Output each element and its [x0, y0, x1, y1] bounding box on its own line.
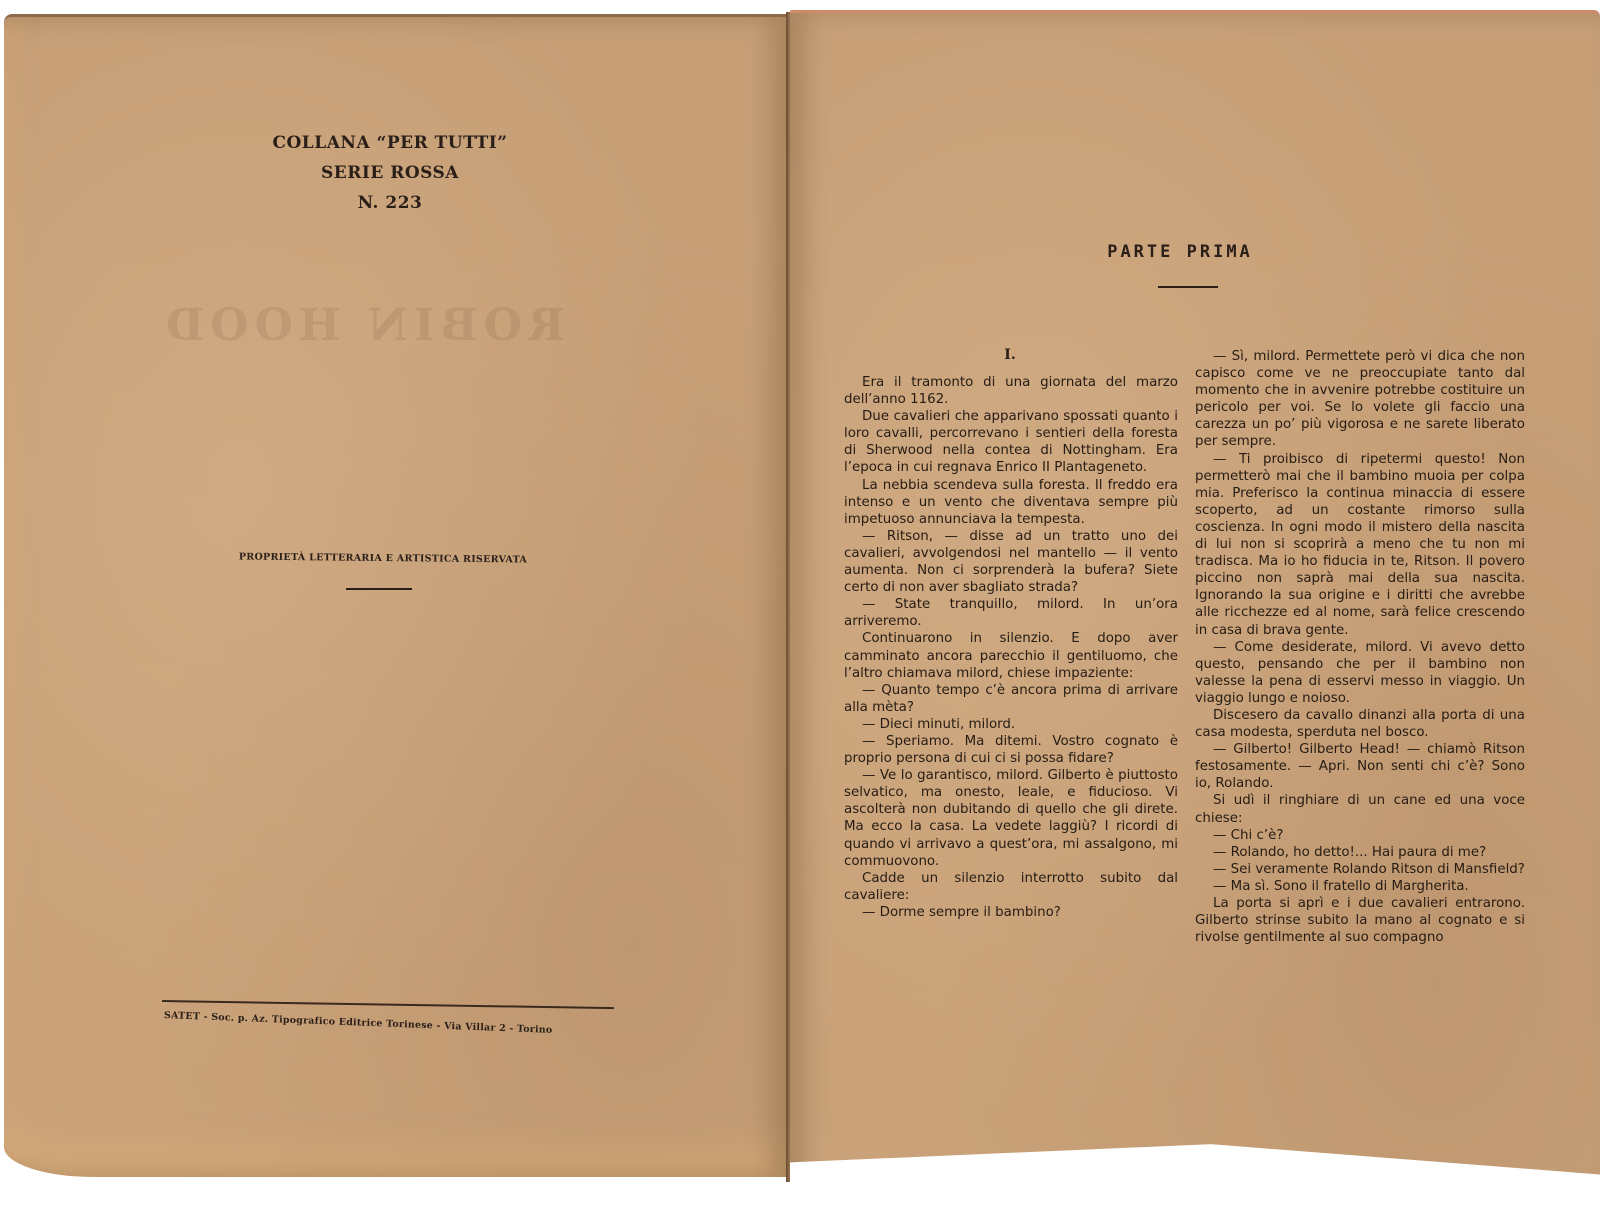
text-column-left: Era il tramonto di una giornata del marz…	[844, 374, 1178, 921]
series-name: SERIE ROSSA	[240, 158, 540, 188]
text-column-right: — Sì, milord. Permettete però vi dica ch…	[1195, 348, 1525, 946]
paragraph: — Sei veramente Rolando Ritson di Mansfi…	[1195, 861, 1525, 878]
paragraph: La nebbia scendeva sulla foresta. Il fre…	[844, 477, 1178, 528]
paragraph: — Sì, milord. Permettete però vi dica ch…	[1195, 348, 1525, 451]
series-collection: COLLANA “PER TUTTI”	[240, 128, 540, 158]
paragraph: — Ve lo garantisco, milord. Gilberto è p…	[844, 767, 1178, 870]
paragraph: — Come desiderate, milord. Vi avevo dett…	[1195, 639, 1525, 707]
chapter-number: I.	[990, 347, 1030, 363]
paragraph: Discesero da cavallo dinanzi alla porta …	[1195, 707, 1525, 741]
paragraph: — Gilberto! Gilberto Head! — chiamò Rits…	[1195, 741, 1525, 792]
paragraph: — Dieci minuti, milord.	[844, 716, 1178, 733]
paragraph: La porta si aprì e i due cavalieri entra…	[1195, 895, 1525, 946]
paragraph: Era il tramonto di una giornata del marz…	[844, 374, 1178, 408]
paragraph: — Chi c’è?	[1195, 827, 1525, 844]
series-number: N. 223	[240, 188, 540, 218]
paragraph: — Ma sì. Sono il fratello di Margherita.	[1195, 878, 1525, 895]
book-spine	[786, 12, 790, 1182]
paragraph: Cadde un silenzio interrotto subito dal …	[844, 870, 1178, 904]
paragraph: Continuarono in silenzio. E dopo aver ca…	[844, 630, 1178, 681]
rights-divider	[346, 588, 412, 590]
part-title: PARTE PRIMA	[1080, 242, 1280, 262]
bleed-through-title: ROBIN HOOD	[160, 300, 565, 351]
paragraph: — Dorme sempre il bambino?	[844, 904, 1178, 921]
paragraph: — Ti proibisco di ripetermi questo! Non …	[1195, 451, 1525, 639]
paragraph: — Quanto tempo c’è ancora prima di arriv…	[844, 682, 1178, 716]
paragraph: — Rolando, ho detto!... Hai paura di me?	[1195, 844, 1525, 861]
paragraph: — Speriamo. Ma ditemi. Vostro cognato è …	[844, 733, 1178, 767]
paragraph: — State tranquillo, milord. In un’ora ar…	[844, 596, 1178, 630]
series-heading: COLLANA “PER TUTTI” SERIE ROSSA N. 223	[240, 128, 540, 218]
paragraph: — Ritson, — disse ad un tratto uno dei c…	[844, 528, 1178, 596]
part-divider	[1158, 286, 1218, 288]
paragraph: Si udì il ringhiare di un cane ed una vo…	[1195, 792, 1525, 826]
paragraph: Due cavalieri che apparivano spossati qu…	[844, 408, 1178, 476]
